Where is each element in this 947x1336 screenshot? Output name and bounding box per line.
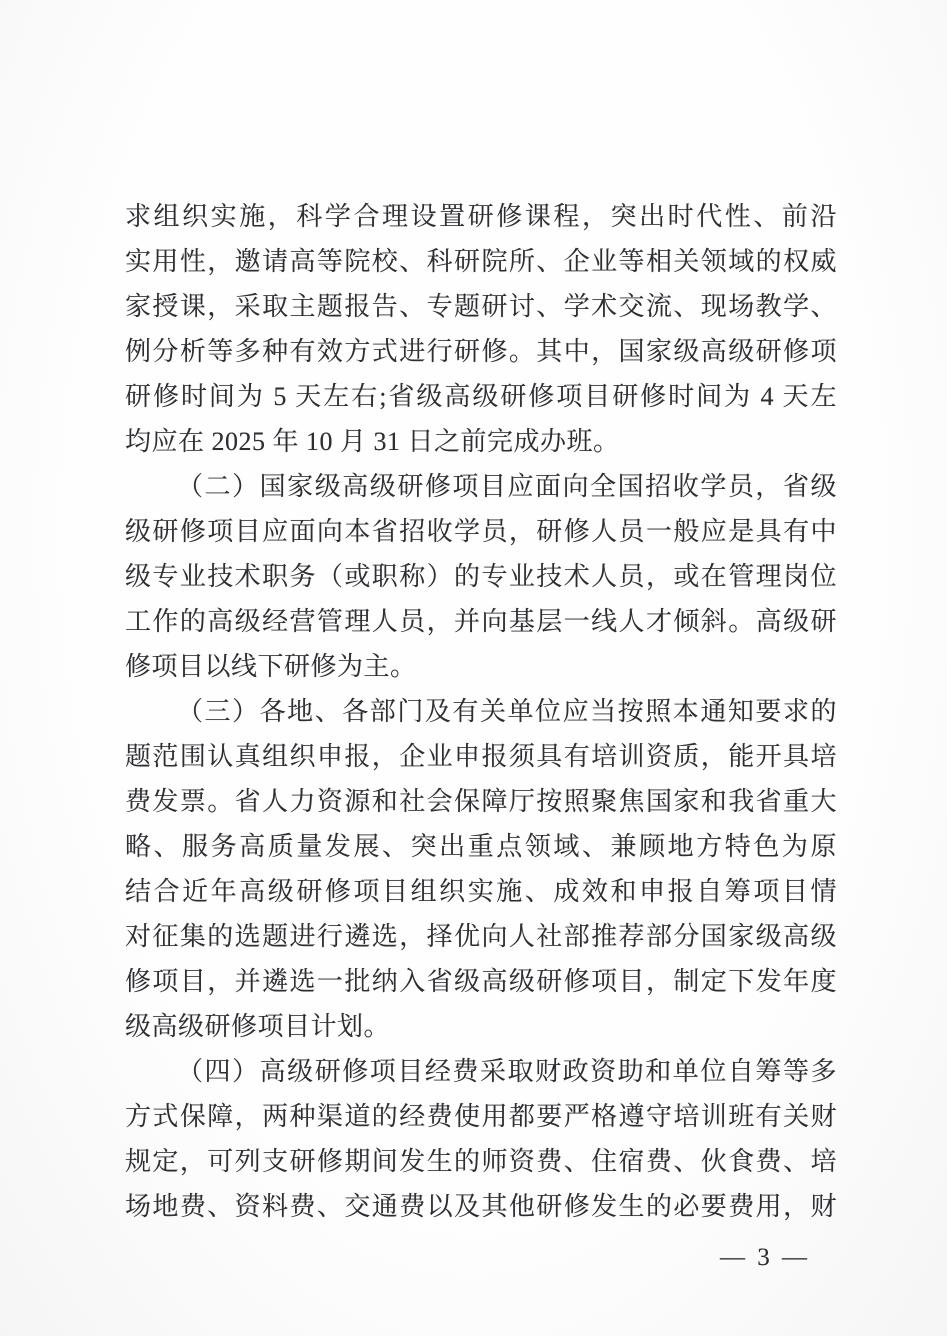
text-line: 修项目以线下研修为主。 <box>125 644 837 689</box>
page-number: — 3 — <box>690 1238 840 1278</box>
text-line: 级专业技术职务（或职称）的专业技术人员，或在管理岗位 <box>125 554 837 599</box>
text-line: 级高级研修项目计划。 <box>125 1004 837 1049</box>
text-line: 工作的高级经营管理人员，并向基层一线人才倾斜。高级研 <box>125 599 837 644</box>
text-line: 家授课，采取主题报告、专题研讨、学术交流、现场教学、案 <box>125 284 837 329</box>
paragraph: （二）国家级高级研修项目应面向全国招收学员，省级高级研修项目应面向本省招收学员，… <box>125 464 837 689</box>
text-line: 对征集的选题进行遴选，择优向人社部推荐部分国家级高级研 <box>125 914 837 959</box>
text-line: 费发票。省人力资源和社会保障厅按照聚焦国家和我省重大战 <box>125 779 837 824</box>
text-line: 级研修项目应面向本省招收学员，研修人员一般应是具有中高 <box>125 509 837 554</box>
paragraph: 求组织实施，科学合理设置研修课程，突出时代性、前沿性、实用性，邀请高等院校、科研… <box>125 194 837 464</box>
document-page: 求组织实施，科学合理设置研修课程，突出时代性、前沿性、实用性，邀请高等院校、科研… <box>0 0 947 1336</box>
text-line: （四）高级研修项目经费采取财政资助和单位自筹等多种 <box>125 1049 837 1094</box>
text-line: 实用性，邀请高等院校、科研院所、企业等相关领域的权威专 <box>125 239 837 284</box>
text-line: 例分析等多种有效方式进行研修。其中，国家级高级研修项目 <box>125 329 837 374</box>
text-line: 结合近年高级研修项目组织实施、成效和申报自筹项目情况， <box>125 869 837 914</box>
text-line: 均应在 2025 年 10 月 31 日之前完成办班。 <box>125 419 837 464</box>
text-line: （三）各地、各部门及有关单位应当按照本通知要求的选 <box>125 689 837 734</box>
document-body: 求组织实施，科学合理设置研修课程，突出时代性、前沿性、实用性，邀请高等院校、科研… <box>125 194 837 1229</box>
paragraph: （四）高级研修项目经费采取财政资助和单位自筹等多种方式保障，两种渠道的经费使用都… <box>125 1049 837 1229</box>
text-line: 求组织实施，科学合理设置研修课程，突出时代性、前沿性、 <box>125 194 837 239</box>
text-line: 场地费、资料费、交通费以及其他研修发生的必要费用，财政 <box>125 1184 837 1229</box>
text-line: 研修时间为 5 天左右;省级高级研修项目研修时间为 4 天左右， <box>125 374 837 419</box>
paragraph: （三）各地、各部门及有关单位应当按照本通知要求的选题范围认真组织申报，企业申报须… <box>125 689 837 1049</box>
text-line: 略、服务高质量发展、突出重点领域、兼顾地方特色为原则， <box>125 824 837 869</box>
text-line: 修项目，并遴选一批纳入省级高级研修项目，制定下发年度省 <box>125 959 837 1004</box>
text-line: 方式保障，两种渠道的经费使用都要严格遵守培训班有关财务 <box>125 1094 837 1139</box>
text-line: （二）国家级高级研修项目应面向全国招收学员，省级高 <box>125 464 837 509</box>
text-line: 规定，可列支研修期间发生的师资费、住宿费、伙食费、培训 <box>125 1139 837 1184</box>
text-line: 题范围认真组织申报，企业申报须具有培训资质，能开具培训 <box>125 734 837 779</box>
